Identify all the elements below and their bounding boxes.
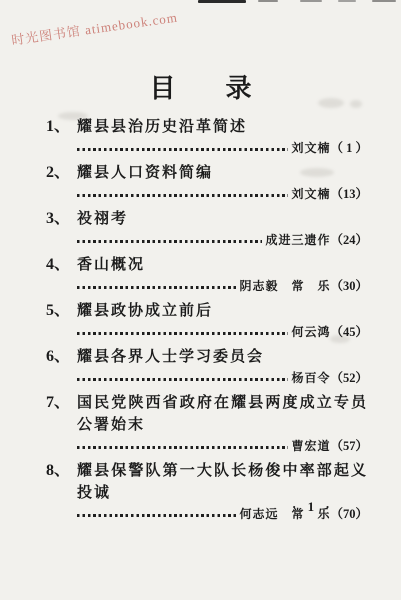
- entry-number: 5、: [46, 300, 77, 322]
- entry-page-number: （13）: [330, 187, 368, 201]
- dotted-leader: [77, 446, 288, 449]
- entry-number: 1、: [46, 116, 77, 138]
- entry-title: 国民党陕西省政府在耀县两度成立专员公署始末: [77, 392, 368, 436]
- scanned-toc-page: 时光图书馆 atimebook.com 目 录 1、 耀县县治历史沿革简述 刘文…: [0, 0, 401, 600]
- toc-entry: 3、 祋祤考 成进三遗作 （24）: [46, 208, 368, 247]
- toc-entry: 5、 耀县政协成立前后 何云鸿 （45）: [46, 300, 368, 339]
- entry-title: 耀县各界人士学习委员会: [77, 346, 264, 368]
- entry-page-number: （45）: [330, 325, 368, 339]
- page-title: 目 录: [0, 68, 401, 105]
- toc-entry: 4、 香山概况 阴志毅 常 乐 （30）: [46, 254, 368, 293]
- entry-number: 3、: [46, 208, 77, 230]
- toc-entry: 6、 耀县各界人士学习委员会 杨百令 （52）: [46, 346, 368, 385]
- toc-entry: 2、 耀县人口资料简编 刘文楠 （13）: [46, 162, 368, 201]
- dotted-leader: [77, 240, 262, 243]
- entry-title: 祋祤考: [77, 208, 128, 230]
- entry-number: 4、: [46, 254, 77, 276]
- dotted-leader: [77, 194, 288, 197]
- entry-page-number: （52）: [330, 371, 368, 385]
- entry-title: 香山概况: [77, 254, 145, 276]
- scan-artifact: [372, 0, 396, 2]
- entry-number: 2、: [46, 162, 77, 184]
- toc-entry: 1、 耀县县治历史沿革简述 刘文楠 （ 1 ）: [46, 116, 368, 155]
- entry-authors: 曹宏道: [291, 439, 330, 453]
- dotted-leader: [77, 332, 288, 335]
- entry-title: 耀县人口资料简编: [77, 162, 213, 184]
- entry-authors: 何云鸿: [291, 325, 330, 339]
- entry-page-number: （24）: [330, 233, 368, 247]
- entry-number: 8、: [46, 460, 77, 482]
- entry-number: 6、: [46, 346, 77, 368]
- entry-title: 耀县保警队第一大队长杨俊中率部起义投诚: [77, 460, 368, 504]
- dotted-leader: [77, 514, 236, 517]
- scan-artifact: [258, 0, 278, 2]
- entry-page-number: （57）: [330, 439, 368, 453]
- dotted-leader: [77, 378, 288, 381]
- entry-authors: 刘文楠: [291, 141, 330, 155]
- entry-title: 耀县政协成立前后: [77, 300, 213, 322]
- watermark-text: 时光图书馆 atimebook.com: [10, 7, 179, 49]
- scan-artifact: [198, 0, 246, 3]
- table-of-contents: 1、 耀县县治历史沿革简述 刘文楠 （ 1 ） 2、 耀县人口资料简编 刘文楠 …: [46, 116, 368, 528]
- scan-artifact: [300, 0, 322, 2]
- entry-page-number: （30）: [330, 279, 368, 293]
- scan-artifact: [338, 0, 356, 2]
- footer-page-number: · 1 ·: [292, 499, 334, 515]
- entry-page-number: （70）: [330, 507, 368, 521]
- entry-number: 7、: [46, 392, 77, 414]
- entry-authors: 成进三遗作: [265, 233, 330, 247]
- dotted-leader: [77, 148, 288, 151]
- entry-authors: 阴志毅 常 乐: [239, 279, 330, 293]
- entry-title: 耀县县治历史沿革简述: [77, 116, 247, 138]
- entry-authors: 刘文楠: [291, 187, 330, 201]
- dotted-leader: [77, 286, 236, 289]
- toc-entry: 7、 国民党陕西省政府在耀县两度成立专员公署始末 曹宏道 （57）: [46, 392, 368, 453]
- entry-page-number: （ 1 ）: [330, 141, 368, 155]
- entry-authors: 杨百令: [291, 371, 330, 385]
